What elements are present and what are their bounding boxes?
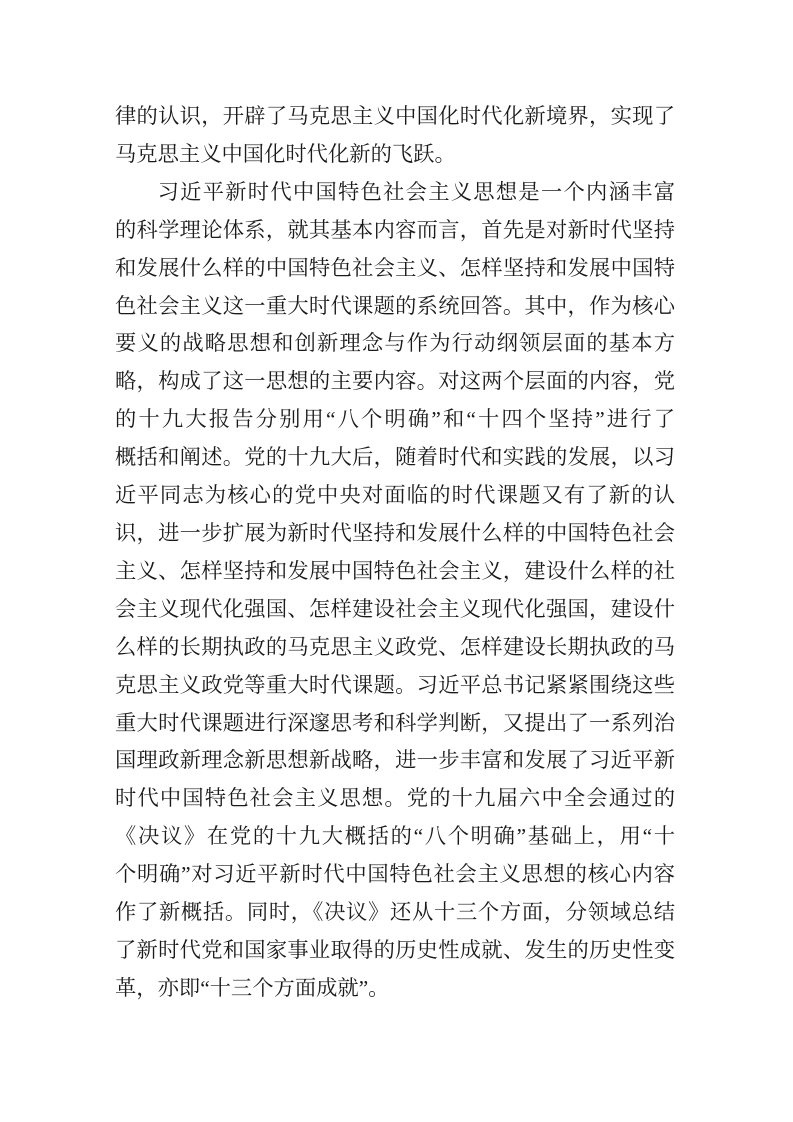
text-line: 略，构成了这一思想的主要内容。对这两个层面的内容，党 [115,363,675,401]
text-line: 主义、怎样坚持和发展中国特色社会主义，建设什么样的社 [115,553,675,591]
text-line: 的十九大报告分别用“八个明确”和“十四个坚持”进行了 [115,401,675,439]
text-line: 么样的长期执政的马克思主义政党、怎样建设长期执政的马 [115,629,675,667]
text-line: 个明确”对习近平新时代中国特色社会主义思想的核心内容 [115,856,675,894]
text-block: 律的认识，开辟了马克思主义中国化时代化新境界，实现了马克思主义中国化时代化新的飞… [115,98,675,1008]
text-line: 色社会主义这一重大时代课题的系统回答。其中，作为核心 [115,288,675,326]
text-line: 时代中国特色社会主义思想。党的十九届六中全会通过的 [115,780,675,818]
text-line: 革，亦即“十三个方面成就”。 [115,970,675,1008]
text-line: 习近平新时代中国特色社会主义思想是一个内涵丰富 [115,174,675,212]
text-line: 识，进一步扩展为新时代坚持和发展什么样的中国特色社会 [115,515,675,553]
text-line: 律的认识，开辟了马克思主义中国化时代化新境界，实现了 [115,98,675,136]
text-line: 国理政新理念新思想新战略，进一步丰富和发展了习近平新 [115,742,675,780]
document-page: 律的认识，开辟了马克思主义中国化时代化新境界，实现了马克思主义中国化时代化新的飞… [0,0,793,1122]
text-line: 重大时代课题进行深邃思考和科学判断，又提出了一系列治 [115,705,675,743]
text-line: 会主义现代化强国、怎样建设社会主义现代化强国，建设什 [115,591,675,629]
text-line: 了新时代党和国家事业取得的历史性成就、发生的历史性变 [115,932,675,970]
text-line: 作了新概括。同时，《决议》还从十三个方面，分领域总结 [115,894,675,932]
text-line: 马克思主义中国化时代化新的飞跃。 [115,136,675,174]
text-line: 要义的战略思想和创新理念与作为行动纲领层面的基本方 [115,325,675,363]
text-line: 《决议》在党的十九大概括的“八个明确”基础上，用“十 [115,818,675,856]
text-line: 概括和阐述。党的十九大后，随着时代和实践的发展，以习 [115,439,675,477]
text-line: 克思主义政党等重大时代课题。习近平总书记紧紧围绕这些 [115,667,675,705]
text-line: 和发展什么样的中国特色社会主义、怎样坚持和发展中国特 [115,250,675,288]
text-line: 近平同志为核心的党中央对面临的时代课题又有了新的认 [115,477,675,515]
text-line: 的科学理论体系，就其基本内容而言，首先是对新时代坚持 [115,212,675,250]
